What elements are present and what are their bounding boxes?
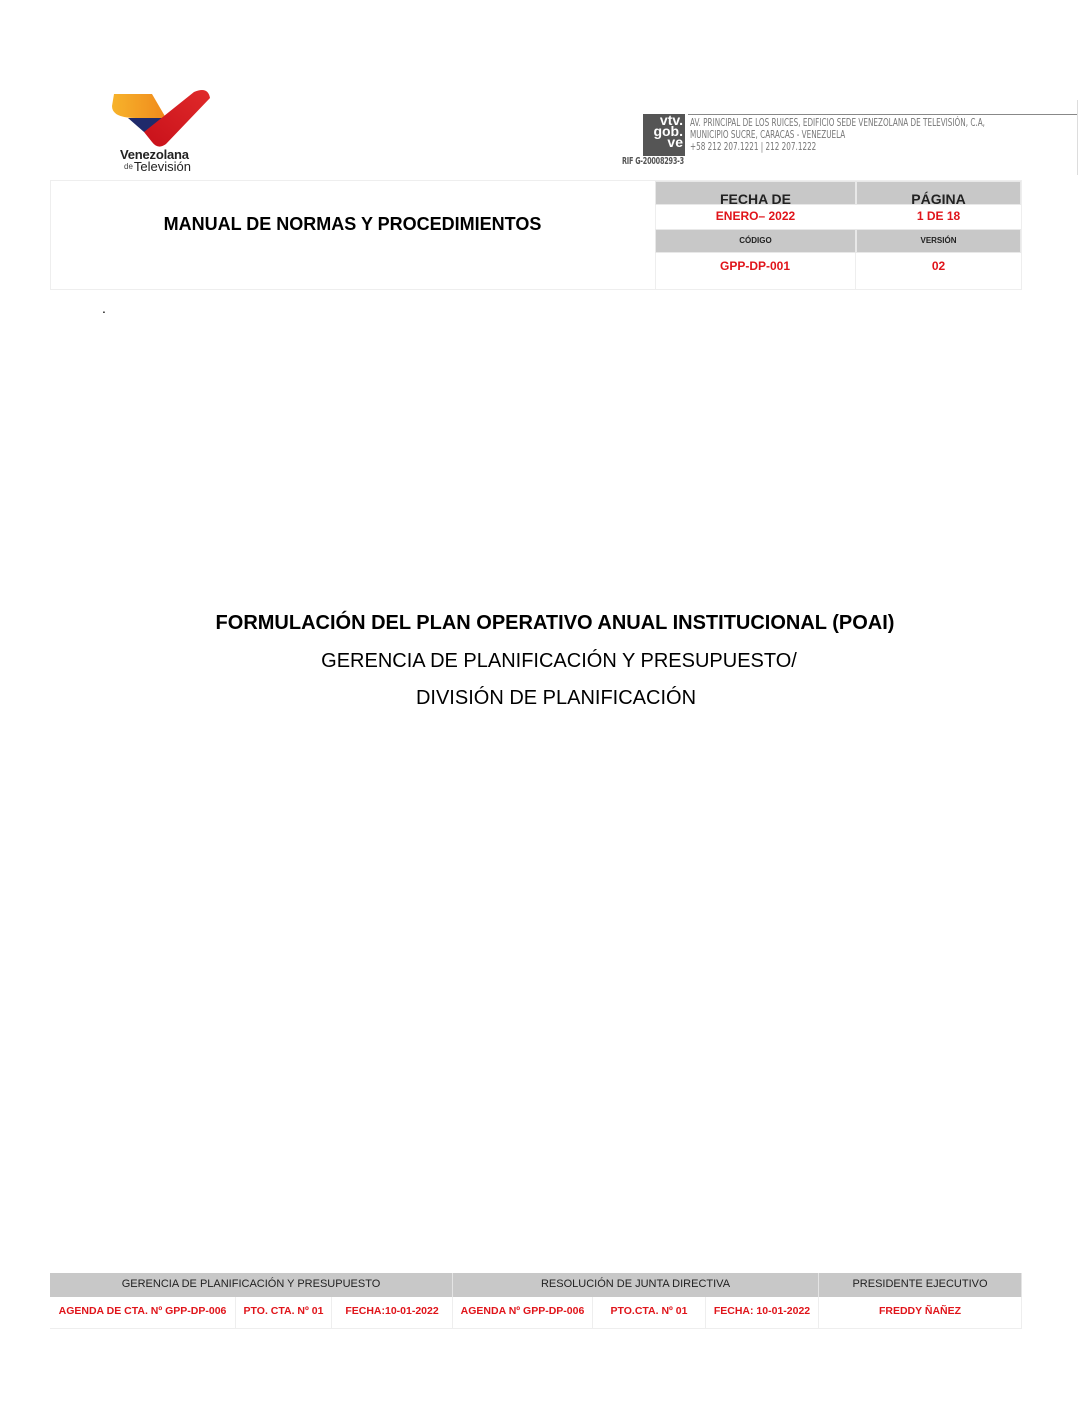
address-text: AV. PRINCIPAL DE LOS RUICES, EDIFICIO SE…	[690, 117, 985, 153]
manual-title: MANUAL DE NORMAS Y PROCEDIMIENTOS	[50, 214, 655, 235]
logo-text-television: deTelevisión	[124, 159, 191, 174]
vtv-logo: Venezolana deTelevisión	[108, 88, 218, 174]
footer-agenda-junta: AGENDA Nº GPP-DP-006	[453, 1297, 593, 1328]
footer-pto-cta: PTO. CTA. Nº 01	[236, 1297, 332, 1328]
codigo-label: CÓDIGO	[655, 229, 856, 253]
footer-header-resolucion: RESOLUCIÓN DE JUNTA DIRECTIVA	[453, 1273, 819, 1297]
fecha-label: FECHA DE	[655, 181, 856, 205]
footer-fecha-junta: FECHA: 10-01-2022	[706, 1297, 819, 1328]
footer-agenda-cta: AGENDA DE CTA. Nº GPP-DP-006	[50, 1297, 236, 1328]
footer-pto-cta-junta: PTO.CTA. Nº 01	[593, 1297, 706, 1328]
header-vertical-rule	[1077, 100, 1078, 175]
header-rule	[688, 114, 1078, 115]
document-subtitle-gerencia: GERENCIA DE PLANIFICACIÓN Y PRESUPUESTO/	[0, 650, 1088, 673]
footer-presidente-name: FREDDY ÑAÑEZ	[819, 1297, 1022, 1328]
rif-number: RIF G-20008293-3	[622, 156, 684, 167]
pagina-label: PÁGINA	[856, 181, 1021, 205]
footer-value-row: AGENDA DE CTA. Nº GPP-DP-006 PTO. CTA. N…	[50, 1297, 1022, 1329]
footer-header-presidente: PRESIDENTE EJECUTIVO	[819, 1273, 1022, 1297]
vtv-chevron-icon	[108, 88, 218, 150]
version-value: 02	[856, 253, 1021, 289]
pagina-value: 1 DE 18	[856, 205, 1021, 229]
codigo-value: GPP-DP-001	[655, 253, 856, 289]
footer-fecha-gerencia: FECHA:10-01-2022	[332, 1297, 453, 1328]
footer-header-gerencia: GERENCIA DE PLANIFICACIÓN Y PRESUPUESTO	[50, 1273, 453, 1297]
footer-header-row: GERENCIA DE PLANIFICACIÓN Y PRESUPUESTO …	[50, 1273, 1022, 1297]
stray-period: .	[102, 300, 106, 316]
version-label: VERSIÓN	[856, 229, 1021, 253]
fecha-value: ENERO– 2022	[655, 205, 856, 229]
vtv-gob-ve-badge: vtv. gob. ve	[643, 114, 685, 156]
document-title: FORMULACIÓN DEL PLAN OPERATIVO ANUAL INS…	[0, 612, 1088, 635]
document-subtitle-division: DIVISIÓN DE PLANIFICACIÓN	[0, 687, 1088, 710]
